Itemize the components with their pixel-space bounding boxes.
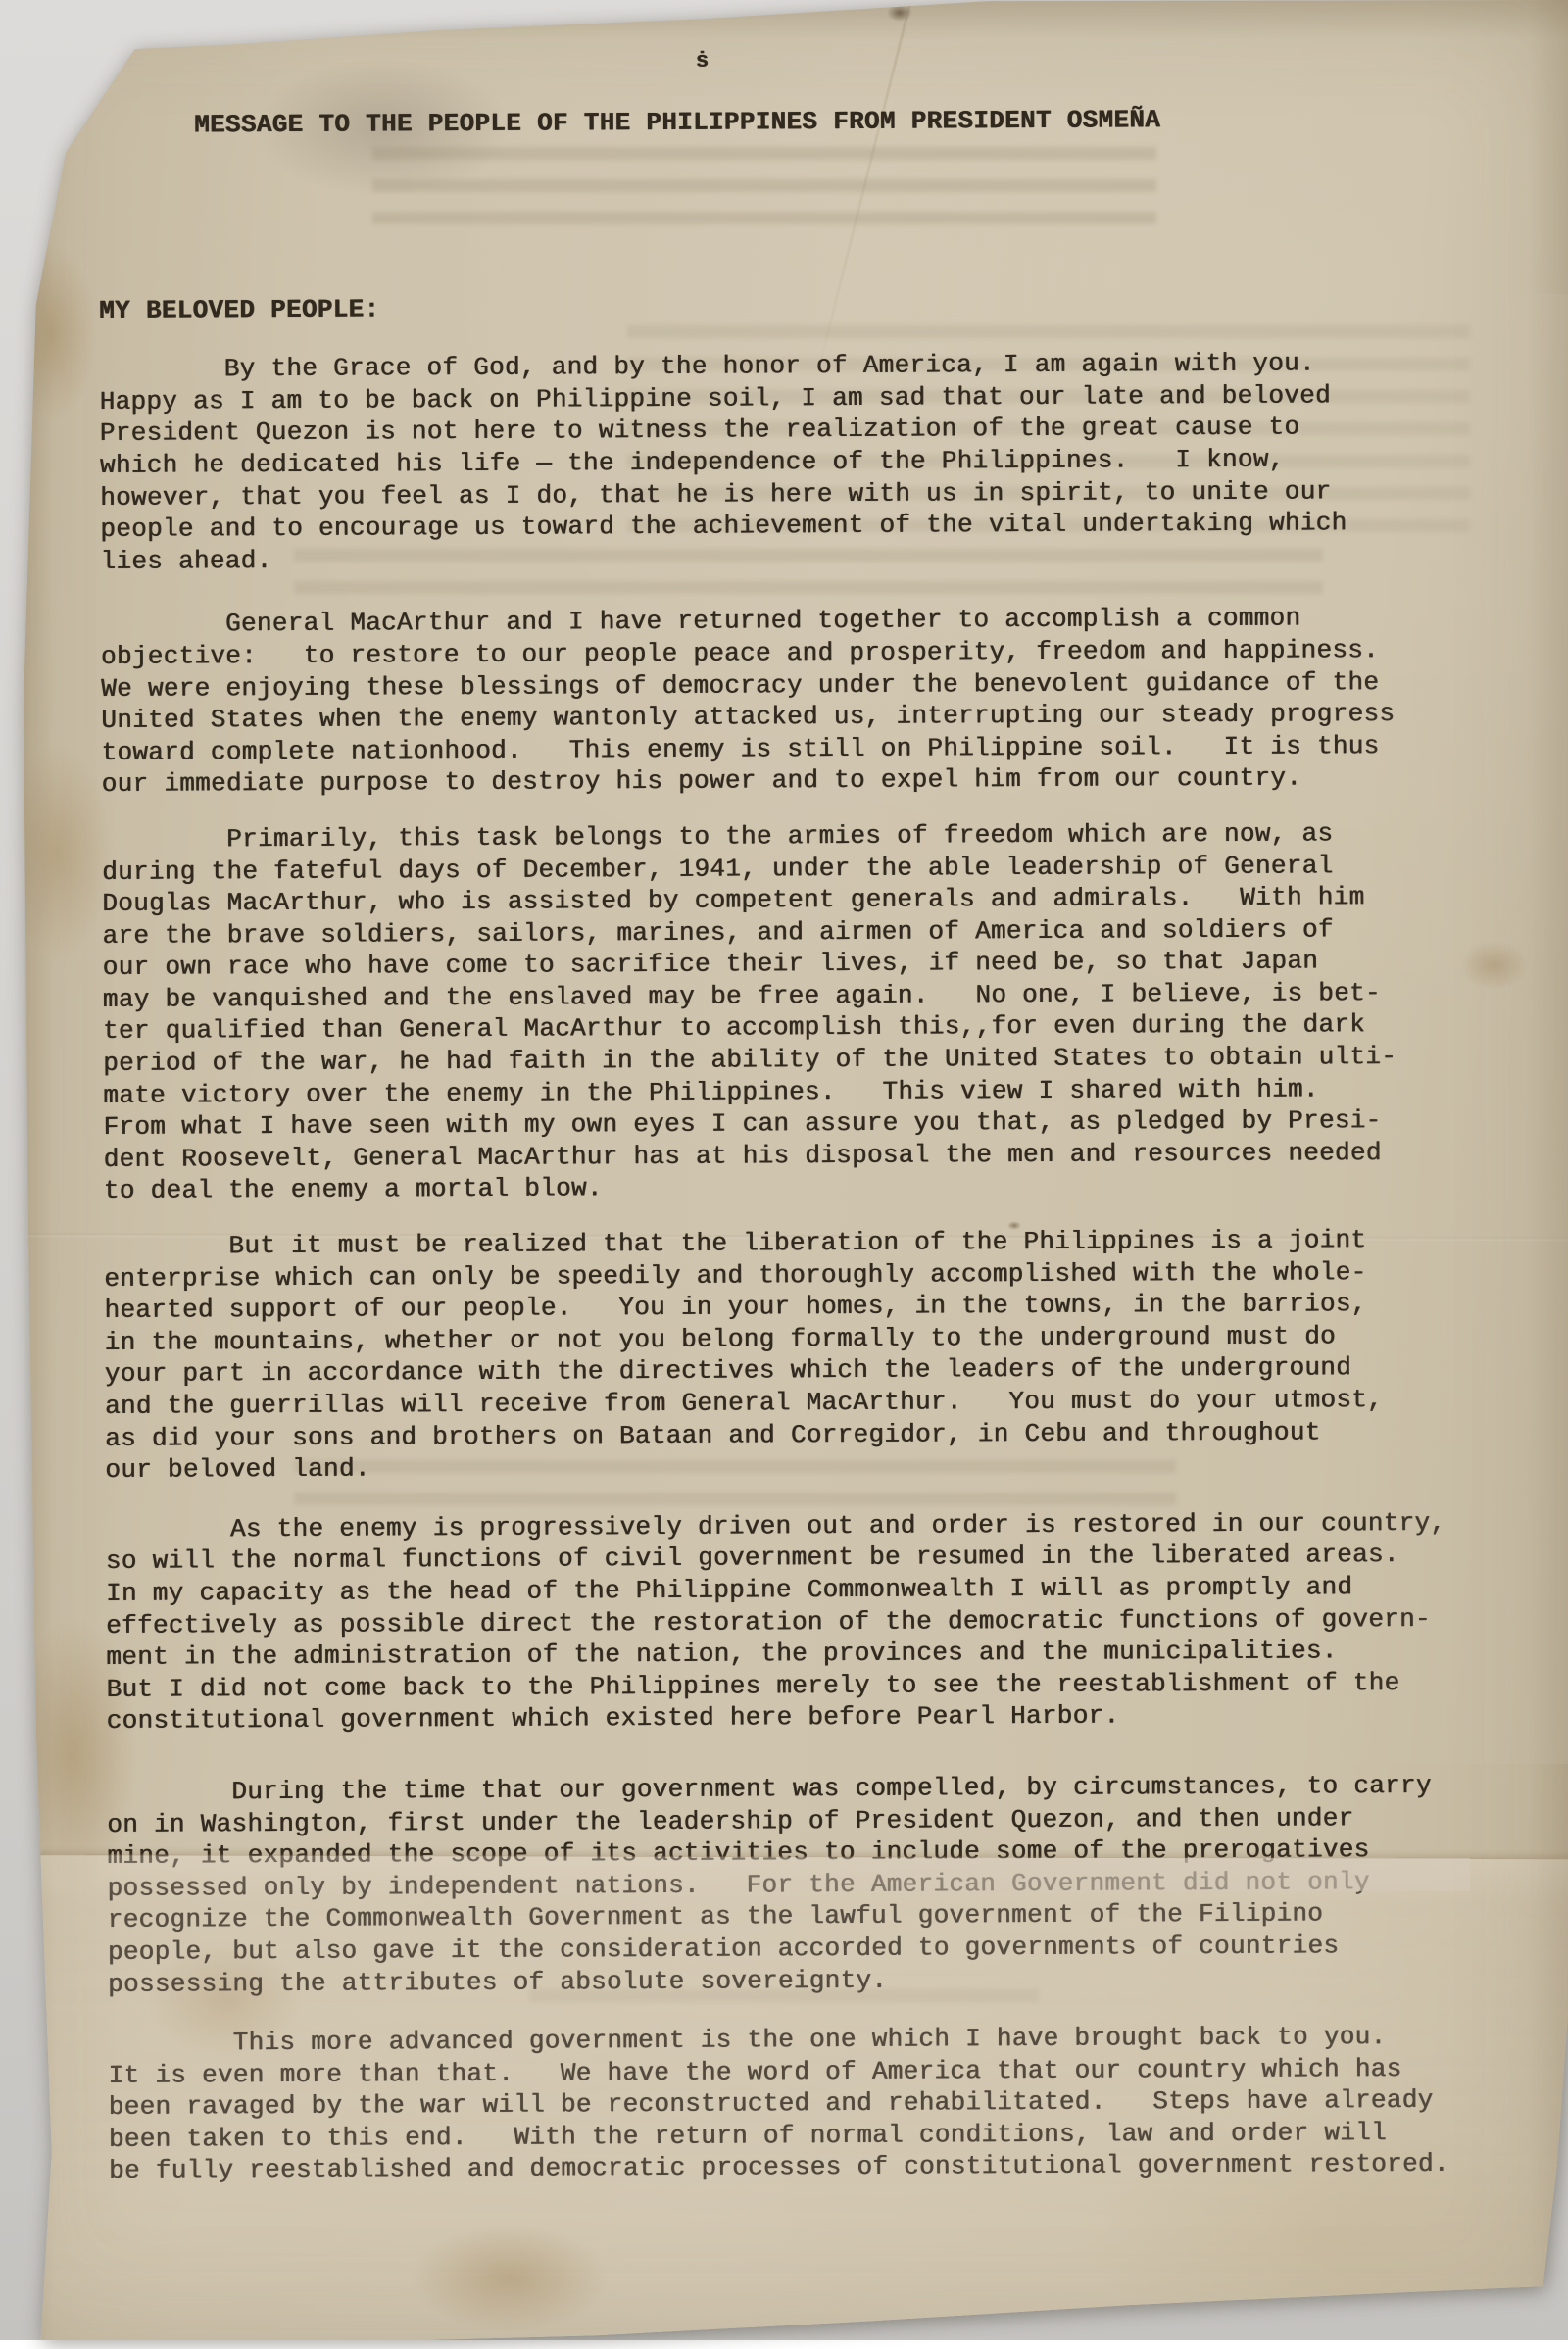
photo-background: ṡ MESSAGE TO THE PEOPLE OF THE PHILIPPIN… <box>0 0 1568 2340</box>
paragraph-3: Primarily, this task belongs to the armi… <box>102 816 1495 1207</box>
paragraph-1: By the Grace of God, and by the honor of… <box>99 347 1492 578</box>
paper-shadow-wrap: ṡ MESSAGE TO THE PEOPLE OF THE PHILIPPIN… <box>0 0 1568 2340</box>
ink-fade-right-edge <box>1333 294 1568 1764</box>
ink-fade-patch <box>627 1858 1470 1891</box>
paragraph-5: As the enemy is progressively driven out… <box>106 1506 1498 1737</box>
salutation: MY BELOVED PEOPLE: <box>99 287 1491 326</box>
paragraph-2: General MacArthur and I have returned to… <box>101 602 1494 801</box>
fold-section-lower <box>0 1854 1568 2340</box>
document-title: MESSAGE TO THE PEOPLE OF THE PHILIPPINES… <box>194 103 1490 142</box>
stray-typed-mark: ṡ <box>696 46 710 78</box>
paragraph-4: But it must be realized that the liberat… <box>104 1224 1496 1487</box>
document-paper: ṡ MESSAGE TO THE PEOPLE OF THE PHILIPPIN… <box>0 0 1568 2340</box>
